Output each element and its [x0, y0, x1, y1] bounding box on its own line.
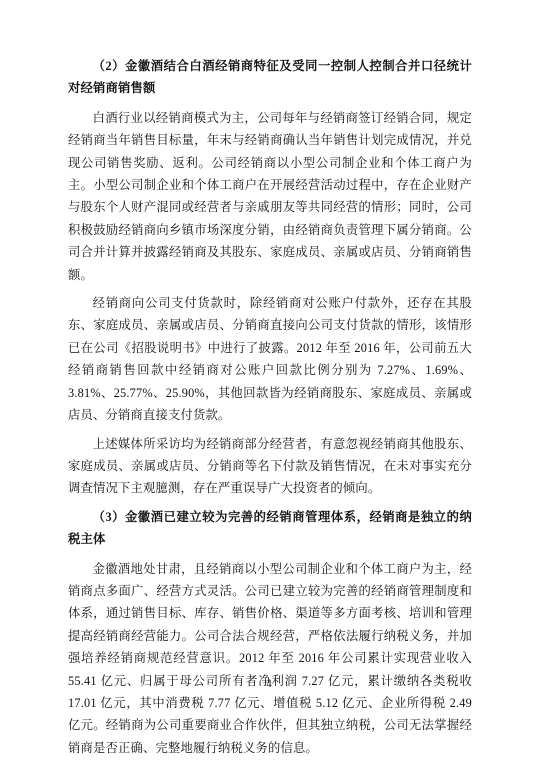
body-paragraph: 金徽酒地处甘肃，且经销商以小型公司制企业和个体工商户为主，经销商点多面广、经营方… — [68, 558, 472, 760]
body-paragraph: 经销商向公司支付货款时，除经销商对公账户付款外，还存在其股东、家庭成员、亲属或店… — [68, 292, 472, 426]
section-heading-3: （3）金徽酒已建立较为完善的经销商管理体系，经销商是独立的纳税主体 — [68, 506, 472, 551]
body-paragraph: 白酒行业以经销商模式为主，公司每年与经销商签订经销合同，规定经销商当年销售目标量… — [68, 107, 472, 286]
body-paragraph: 上述媒体所采访均为经销商部分经营者，有意忽视经销商其他股东、家庭成员、亲属或店员… — [68, 433, 472, 500]
document-body: （2）金徽酒结合白酒经销商特征及受同一控制人控制合并口径统计对经销商销售额 白酒… — [68, 55, 472, 763]
section-heading-2: （2）金徽酒结合白酒经销商特征及受同一控制人控制合并口径统计对经销商销售额 — [68, 55, 472, 100]
page-number: 4 — [0, 679, 538, 690]
document-page: （2）金徽酒结合白酒经销商特征及受同一控制人控制合并口径统计对经销商销售额 白酒… — [0, 0, 538, 763]
